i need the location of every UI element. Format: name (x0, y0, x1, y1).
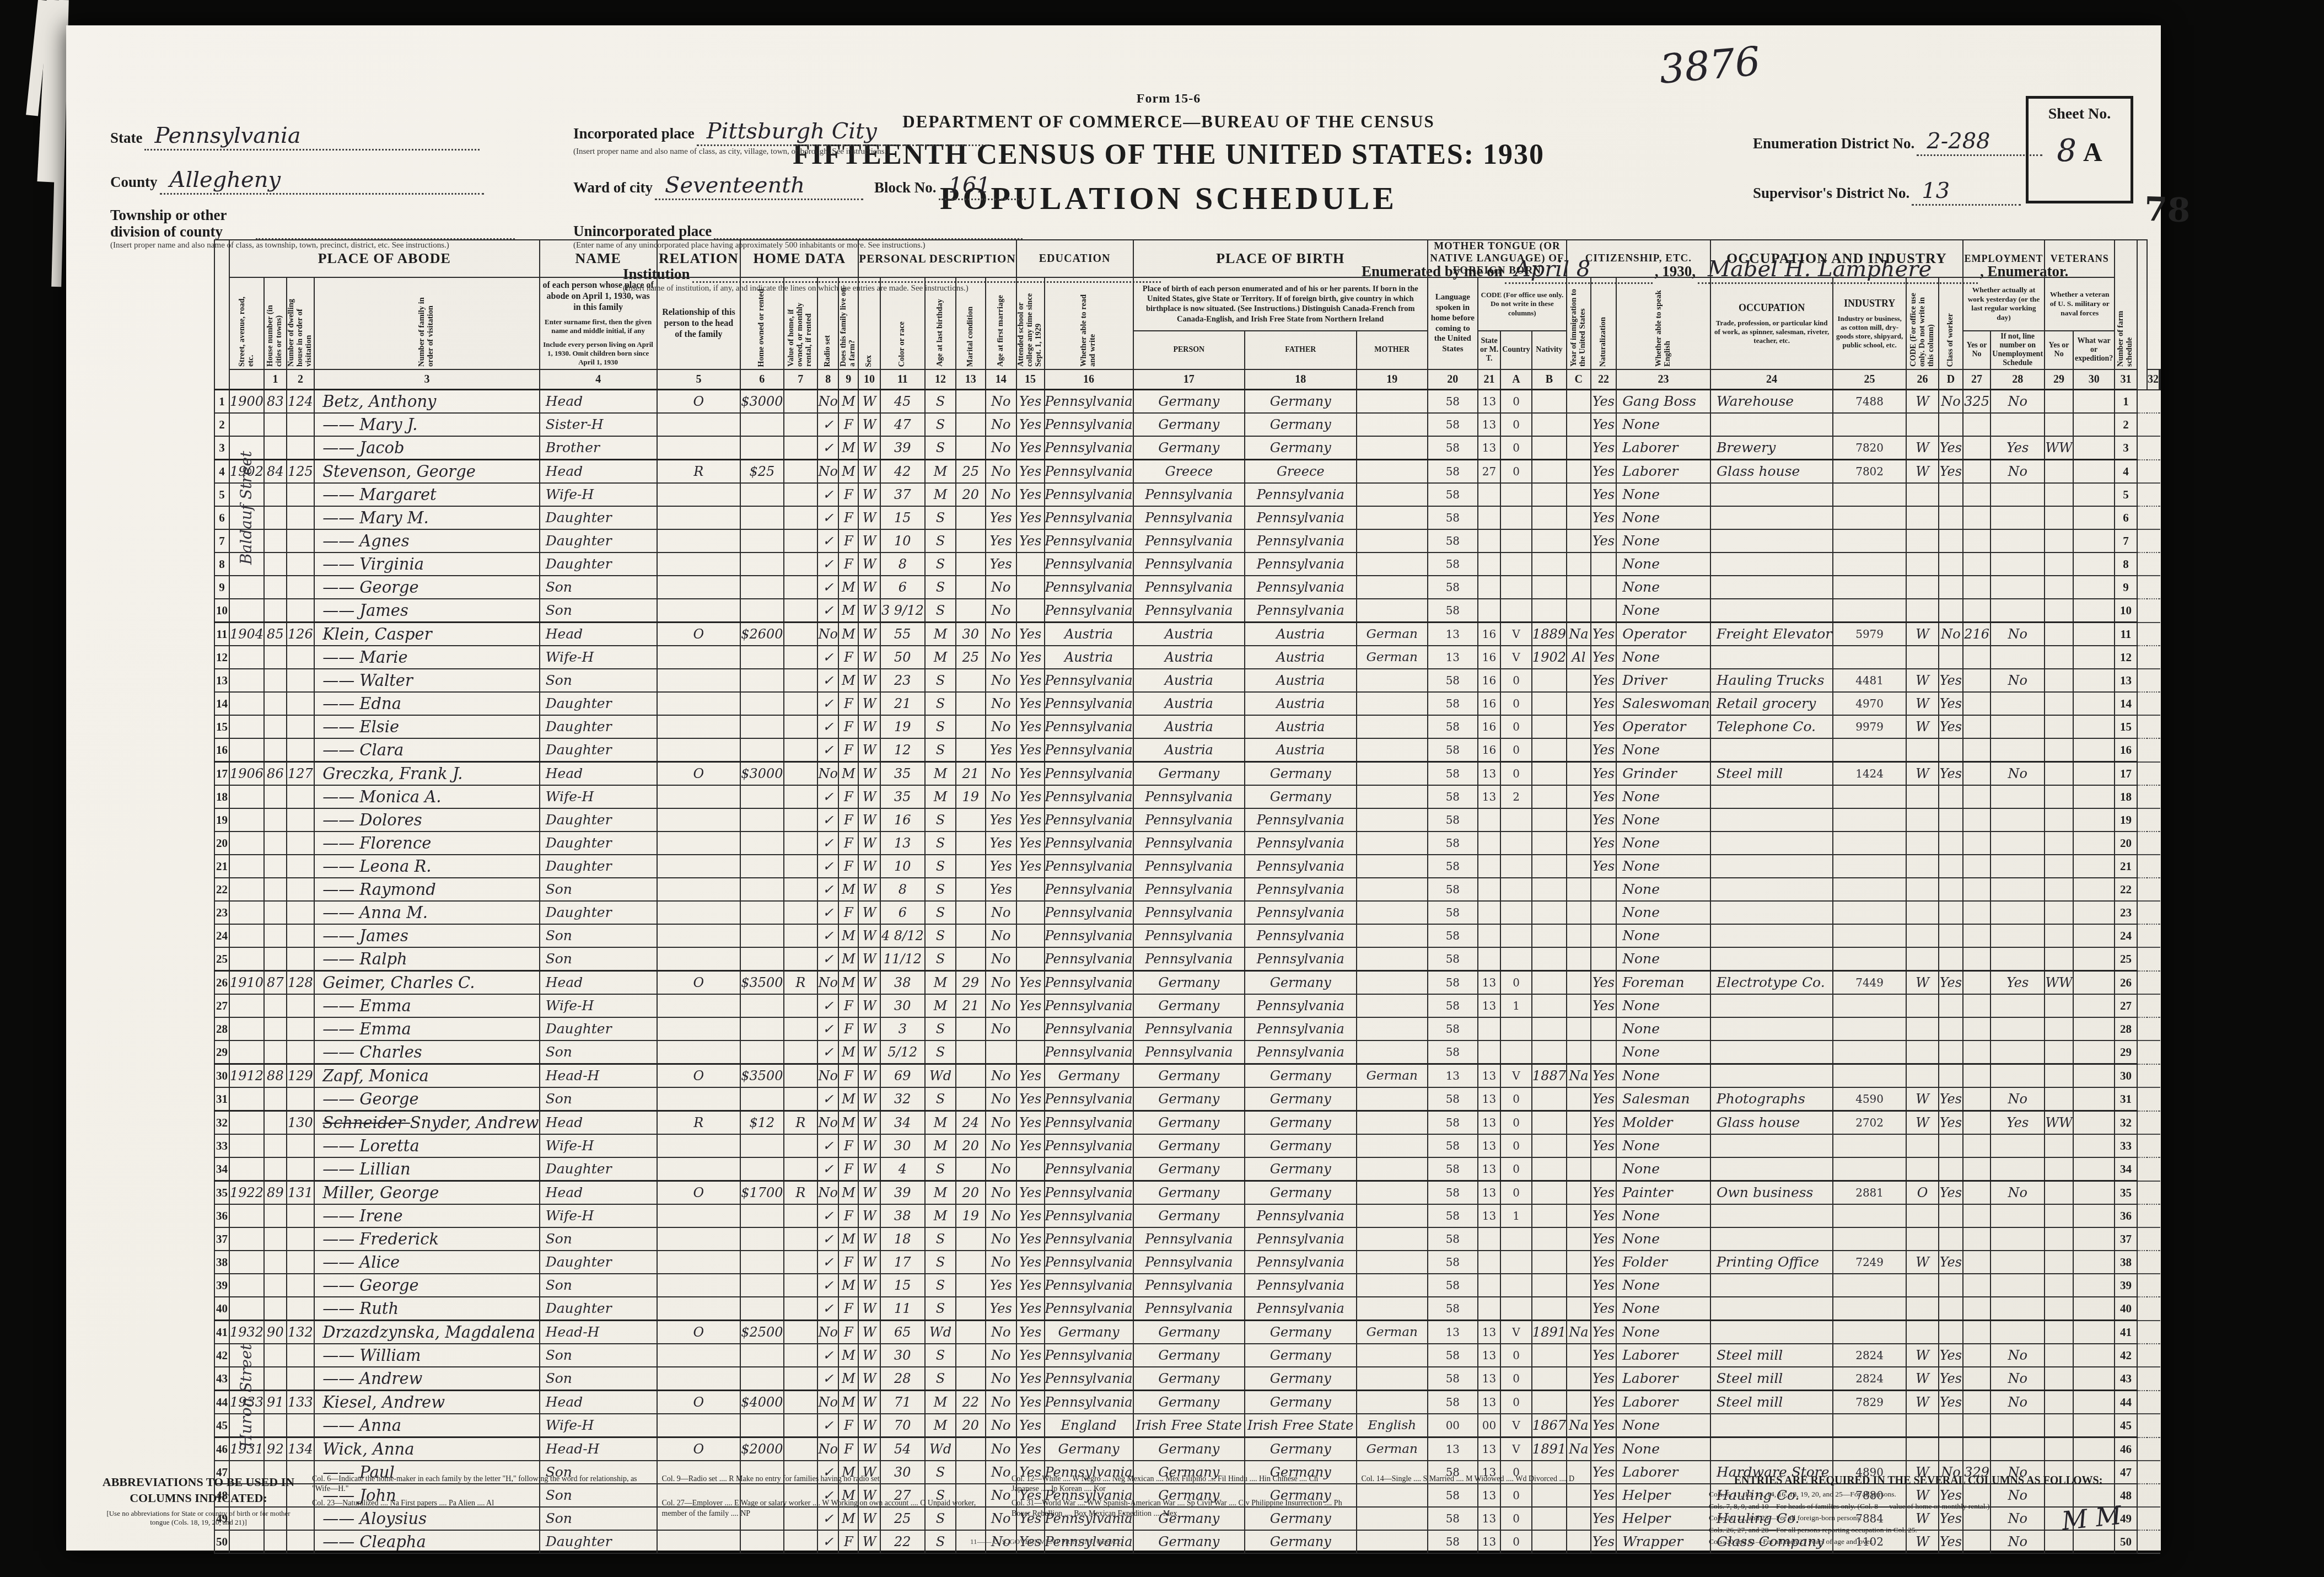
cell-age: 6 (880, 576, 926, 599)
cell-yr (1532, 506, 1567, 529)
cell-b: 13 (1478, 994, 1501, 1017)
cell-eng: Yes (1591, 483, 1616, 506)
line-number-right: 19 (2115, 808, 2137, 832)
cell-ind (1710, 924, 1833, 947)
cell-name: —— Virginia (314, 553, 540, 576)
cell-sch: No (986, 971, 1016, 995)
cell-cls: W (1906, 436, 1939, 460)
cell-bf: Germany (1133, 1367, 1245, 1391)
cell-vet: Yes (1991, 971, 2045, 995)
cell-house (229, 1017, 264, 1040)
cell-name: —— Anna M. (314, 901, 540, 924)
cell-tongue (1357, 762, 1428, 786)
cell-sex: F (838, 1204, 858, 1227)
cell-fam (287, 1017, 314, 1040)
line-number-right: 26 (2115, 971, 2137, 995)
cell-unemp (1963, 506, 1991, 529)
line-number-right: 41 (2115, 1321, 2137, 1344)
cell-age: 21 (880, 692, 926, 715)
cell-sch: No (986, 483, 1016, 506)
cell-ind: Freight Elevator (1710, 623, 1833, 646)
cell-tongue (1357, 390, 1428, 414)
cell-d: 7802 (1833, 460, 1906, 484)
cell-c: 0 (1500, 413, 1532, 436)
cell-read: Yes (1016, 669, 1045, 692)
cell-a: 58 (1428, 529, 1478, 553)
cell-race: W (858, 947, 880, 971)
cell-bf: Pennsylvania (1133, 529, 1245, 553)
col-code-country: Country (1500, 331, 1532, 369)
cell-fs (2073, 669, 2115, 692)
cell-sex: M (838, 1111, 858, 1135)
cell-bp: Germany (1045, 1064, 1133, 1088)
cell-c: V (1500, 1414, 1532, 1437)
cell-work (1939, 994, 1963, 1017)
cell-race: W (858, 390, 880, 414)
cell-war (2045, 1134, 2073, 1157)
cell-tongue (1357, 832, 1428, 855)
handwritten-stamp-3876: 3876 (1658, 37, 1762, 93)
cell-c: 0 (1500, 1181, 1532, 1205)
column-number: 19 (1357, 369, 1428, 390)
cell-b: 13 (1478, 1367, 1501, 1391)
cell-dw (264, 1111, 287, 1135)
column-number: 27 (1963, 369, 1991, 390)
cell-mar: M (925, 1111, 956, 1135)
cell-agem: 20 (956, 483, 986, 506)
cell-work: Yes (1939, 1251, 1963, 1274)
col-tongue-desc: Language spoken in home before coming to… (1428, 277, 1478, 369)
cell-mar: S (925, 576, 956, 599)
abbreviation-item: Col. 9—Radio set .... R Make no entry fo… (662, 1474, 996, 1494)
cell-ind: Steel mill (1710, 1344, 1833, 1367)
cell-a: 58 (1428, 785, 1478, 808)
cell-yr (1532, 669, 1567, 692)
cell-rel: Daughter (540, 1297, 657, 1321)
line-number-right: 3 (2115, 436, 2137, 460)
cell-work (1939, 1064, 1963, 1088)
cell-ind (1710, 646, 1833, 669)
line-number-right: 23 (2115, 901, 2137, 924)
cell-farm: ✓ (817, 483, 838, 506)
cell-unemp (1963, 1391, 1991, 1414)
abbreviation-item: Col. 6—Indicate the home-maker in each f… (312, 1474, 645, 1494)
cell-c: 0 (1500, 436, 1532, 460)
cell-cls (1906, 1040, 1939, 1064)
cell-mar: S (925, 669, 956, 692)
column-number: 6 (740, 369, 783, 390)
cell-d (1833, 1414, 1906, 1437)
cell-ind (1710, 1040, 1833, 1064)
cell-sex: F (838, 413, 858, 436)
cell-bm: Pennsylvania (1245, 947, 1356, 971)
cell-mar: S (925, 390, 956, 414)
cell-bf: Germany (1133, 1344, 1245, 1367)
cell-war (2045, 832, 2073, 855)
line-number-left: 5 (214, 483, 229, 506)
cell-c (1500, 506, 1532, 529)
cell-mar: S (925, 947, 956, 971)
cell-own (657, 878, 741, 901)
cell-dw (264, 692, 287, 715)
cell-eng (1591, 1157, 1616, 1181)
cell-fam (287, 692, 314, 715)
cell-eng (1591, 576, 1616, 599)
cell-tongue (1357, 1087, 1428, 1111)
cell-c: 0 (1500, 692, 1532, 715)
cell-nat (1567, 924, 1591, 947)
cell-c: 1 (1500, 994, 1532, 1017)
cell-farm: ✓ (817, 1227, 838, 1251)
cell-own (657, 785, 741, 808)
cell-fam (287, 878, 314, 901)
cell-radio (784, 1391, 818, 1414)
cell-war (2045, 460, 2073, 484)
cell-ind (1710, 1414, 1833, 1437)
cell-cls (1906, 1134, 1939, 1157)
cell-bp: Pennsylvania (1045, 669, 1133, 692)
cell-war (2045, 599, 2073, 623)
cell-d: 2824 (1833, 1367, 1906, 1391)
cell-dw (264, 1274, 287, 1297)
cell-work (1939, 529, 1963, 553)
cell-c (1500, 553, 1532, 576)
cell-c (1500, 808, 1532, 832)
cell-mar: S (925, 436, 956, 460)
cell-a: 58 (1428, 808, 1478, 832)
cell-agem (956, 1297, 986, 1321)
cell-sch: No (986, 1181, 1016, 1205)
cell-unemp (1963, 832, 1991, 855)
cell-farm: ✓ (817, 715, 838, 738)
cell-house (229, 738, 264, 762)
cell-dw (264, 715, 287, 738)
cell-b: 13 (1478, 1391, 1501, 1414)
cell-unemp (1963, 855, 1991, 878)
group-name: NAME (540, 240, 657, 277)
cell-own (657, 483, 741, 506)
cell-agem (956, 808, 986, 832)
cell-sch: No (986, 1367, 1016, 1391)
cell-vet: No (1991, 1391, 2045, 1414)
cell-race: W (858, 460, 880, 484)
cell-work: Yes (1939, 1087, 1963, 1111)
cell-occ: None (1616, 924, 1710, 947)
cell-sex: M (838, 1274, 858, 1297)
cell-sch: No (986, 924, 1016, 947)
cell-d: 7488 (1833, 390, 1906, 414)
column-number: B (1532, 369, 1567, 390)
cell-cls (1906, 1321, 1939, 1344)
cell-bf: Austria (1133, 692, 1245, 715)
cell-read: Yes (1016, 1251, 1045, 1274)
cell-mar: S (925, 1274, 956, 1297)
cell-nat: Al (1567, 646, 1591, 669)
cell-work (1939, 506, 1963, 529)
col-immigration-year: Year of immigration to the United States (1567, 277, 1591, 369)
line-number-right: 10 (2115, 599, 2137, 623)
cell-nat (1567, 878, 1591, 901)
cell-yr (1532, 483, 1567, 506)
cell-age: 3 (880, 1017, 926, 1040)
line-number-left: 42 (214, 1344, 229, 1367)
cell-bm: Germany (1245, 1111, 1356, 1135)
cell-occ: Salesman (1616, 1087, 1710, 1111)
cell-bf: Germany (1133, 1134, 1245, 1157)
abbreviation-item: Col. 31—World War .... WW Spanish-Americ… (1012, 1499, 1345, 1519)
cell-work: No (1939, 390, 1963, 414)
cell-sch (986, 1040, 1016, 1064)
cell-val (740, 1087, 783, 1111)
column-number: 20 (1428, 369, 1478, 390)
table-row: 10—— JamesSon✓MW3 9/12SNoPennsylvaniaPen… (214, 599, 2160, 623)
cell-a: 13 (1428, 623, 1478, 646)
cell-farm: ✓ (817, 1157, 838, 1181)
col-class-of-worker: Class of worker (1939, 277, 1963, 369)
cell-own (657, 1227, 741, 1251)
cell-a: 58 (1428, 994, 1478, 1017)
cell-sex: F (838, 483, 858, 506)
cell-bm: Germany (1245, 1157, 1356, 1181)
cell-vet: No (1991, 669, 2045, 692)
col-veteran-yesno: Yes or No (2045, 331, 2073, 369)
cell-own (657, 924, 741, 947)
line-number-left: 13 (214, 669, 229, 692)
cell-mar: S (925, 738, 956, 762)
cell-a: 58 (1428, 832, 1478, 855)
cell-b: 13 (1478, 785, 1501, 808)
col-employment-yesno: Yes or No (1963, 331, 1991, 369)
column-number: 12 (925, 369, 956, 390)
cell-rel: Daughter (540, 506, 657, 529)
cell-unemp: 325 (1963, 390, 1991, 414)
cell-race: W (858, 413, 880, 436)
cell-b (1478, 1251, 1501, 1274)
cell-sex: M (838, 1040, 858, 1064)
cell-c: 0 (1500, 1344, 1532, 1367)
cell-vet (1991, 832, 2045, 855)
cell-rel: Daughter (540, 692, 657, 715)
cell-b: 13 (1478, 413, 1501, 436)
cell-mar: Wd (925, 1437, 956, 1461)
cell-val (740, 576, 783, 599)
cell-war (2045, 692, 2073, 715)
cell-bf: Germany (1133, 1204, 1245, 1227)
cell-vet (1991, 1227, 2045, 1251)
cell-c: V (1500, 646, 1532, 669)
cell-farm: ✓ (817, 1017, 838, 1040)
line-number-left: 21 (214, 855, 229, 878)
cell-fs (2073, 1017, 2115, 1040)
table-row: 38—— AliceDaughter✓FW17SNoYesPennsylvani… (214, 1251, 2160, 1274)
cell-eng: Yes (1591, 506, 1616, 529)
cell-b (1478, 553, 1501, 576)
cell-val: $4000 (740, 1391, 783, 1414)
cell-val (740, 994, 783, 1017)
col-name-desc: of each person whose place of abode on A… (540, 277, 657, 369)
cell-dw (264, 808, 287, 832)
cell-war (2045, 1181, 2073, 1205)
cell-bm: Austria (1245, 669, 1356, 692)
cell-read (1016, 947, 1045, 971)
incorporated-field: Incorporated place Pittsburgh City (Inse… (573, 119, 988, 157)
cell-race: W (858, 1181, 880, 1205)
cell-bp: Pennsylvania (1045, 994, 1133, 1017)
table-row: 40—— RuthDaughter✓FW11SYesYesPennsylvani… (214, 1297, 2160, 1321)
cell-own (657, 715, 741, 738)
cell-bf: Pennsylvania (1133, 924, 1245, 947)
cell-radio (784, 646, 818, 669)
cell-rel: Wife-H (540, 994, 657, 1017)
table-row: 44193391133Kiesel, AndrewHeadO$4000NoMW7… (214, 1391, 2160, 1414)
cell-farm: ✓ (817, 1274, 838, 1297)
cell-bp: Pennsylvania (1045, 1087, 1133, 1111)
cell-b: 16 (1478, 646, 1501, 669)
cell-vet (1991, 692, 2045, 715)
cell-val (740, 855, 783, 878)
cell-unemp (1963, 692, 1991, 715)
cell-sex: F (838, 715, 858, 738)
cell-eng: Yes (1591, 646, 1616, 669)
cell-race: W (858, 669, 880, 692)
cell-unemp (1963, 529, 1991, 553)
cell-name: —— Jacob (314, 436, 540, 460)
cell-occ: Laborer (1616, 1367, 1710, 1391)
cell-bp: Pennsylvania (1045, 1227, 1133, 1251)
cell-name: —— Ruth (314, 1297, 540, 1321)
cell-tongue (1357, 1040, 1428, 1064)
cell-farm: ✓ (817, 506, 838, 529)
cell-d (1833, 576, 1906, 599)
line-number-left: 12 (214, 646, 229, 669)
cell-race: W (858, 1087, 880, 1111)
cell-bf: Pennsylvania (1133, 1227, 1245, 1251)
cell-race: W (858, 1040, 880, 1064)
line-number-left: 36 (214, 1204, 229, 1227)
cell-b (1478, 1227, 1501, 1251)
cell-c (1500, 1251, 1532, 1274)
cell-fam (287, 1274, 314, 1297)
cell-war (2045, 1064, 2073, 1088)
cell-occ: None (1616, 506, 1710, 529)
county-label: County (110, 174, 158, 190)
cell-house (229, 924, 264, 947)
cell-c: 0 (1500, 1391, 1532, 1414)
cell-dw (264, 1134, 287, 1157)
line-number-left: 44 (214, 1391, 229, 1414)
cell-farm: ✓ (817, 947, 838, 971)
cell-bf: Pennsylvania (1133, 1274, 1245, 1297)
line-number-right: 12 (2115, 646, 2137, 669)
cell-name: —— George (314, 1274, 540, 1297)
cell-b: 16 (1478, 669, 1501, 692)
cell-nat: Na (1567, 623, 1591, 646)
cell-bp: Pennsylvania (1045, 1017, 1133, 1040)
cell-bp: Pennsylvania (1045, 692, 1133, 715)
cell-sch: No (986, 762, 1016, 786)
line-number-left: 39 (214, 1274, 229, 1297)
line-number-right: 42 (2115, 1344, 2137, 1367)
cell-ind (1710, 553, 1833, 576)
cell-age: 35 (880, 762, 926, 786)
cell-bf: Austria (1133, 623, 1245, 646)
cell-bm: Austria (1245, 692, 1356, 715)
table-row: 20—— FlorenceDaughter✓FW13SYesYesPennsyl… (214, 832, 2160, 855)
column-number: 9 (838, 369, 858, 390)
cell-cls (1906, 924, 1939, 947)
cell-val (740, 692, 783, 715)
table-row: 34—— LillianDaughter✓FW4SNoPennsylvaniaG… (214, 1157, 2160, 1181)
column-number: 31 (2115, 369, 2137, 390)
cell-name: —— Florence (314, 832, 540, 855)
cell-read: Yes (1016, 1087, 1045, 1111)
cell-b: 13 (1478, 1344, 1501, 1367)
cell-farm: ✓ (817, 599, 838, 623)
cell-nat: Na (1567, 1321, 1591, 1344)
cell-eng: Yes (1591, 1321, 1616, 1344)
cell-ind (1710, 1321, 1833, 1344)
cell-occ: None (1616, 738, 1710, 762)
cell-fs (2073, 623, 2115, 646)
cell-read (1016, 901, 1045, 924)
cell-fs (2073, 1414, 2115, 1437)
cell-name: Zapf, Monica (314, 1064, 540, 1088)
cell-mar: S (925, 1087, 956, 1111)
cell-farm: No (817, 1437, 838, 1461)
cell-bm: Pennsylvania (1245, 483, 1356, 506)
cell-vet (1991, 878, 2045, 901)
cell-work (1939, 1157, 1963, 1181)
cell-race: W (858, 878, 880, 901)
cell-val: $3000 (740, 390, 783, 414)
cell-house (229, 669, 264, 692)
cell-name: —— Lillian (314, 1157, 540, 1181)
cell-sex: F (838, 1251, 858, 1274)
column-number: 4 (540, 369, 657, 390)
cell-occ: Painter (1616, 1181, 1710, 1205)
cell-b (1478, 878, 1501, 901)
cell-rel: Wife-H (540, 1134, 657, 1157)
cell-sex: M (838, 1227, 858, 1251)
cell-eng: Yes (1591, 436, 1616, 460)
line-number-right: 33 (2115, 1134, 2137, 1157)
cell-d (1833, 994, 1906, 1017)
cell-val: $12 (740, 1111, 783, 1135)
cell-own (657, 1040, 741, 1064)
cell-cls (1906, 1227, 1939, 1251)
cell-val (740, 1157, 783, 1181)
cell-war: WW (2045, 436, 2073, 460)
cell-b: 13 (1478, 1134, 1501, 1157)
cell-tongue: English (1357, 1414, 1428, 1437)
cell-bf: Germany (1133, 1087, 1245, 1111)
cell-house (229, 692, 264, 715)
col-marital: Marital condition (956, 277, 986, 369)
line-number-left: 10 (214, 599, 229, 623)
column-number: 22 (1591, 369, 1616, 390)
cell-sex: F (838, 529, 858, 553)
cell-val (740, 947, 783, 971)
cell-val (740, 1414, 783, 1437)
cell-fam (287, 1227, 314, 1251)
cell-sch: No (986, 1157, 1016, 1181)
cell-mar: M (925, 646, 956, 669)
cell-name: Klein, Casper (314, 623, 540, 646)
cell-sch: No (986, 1344, 1016, 1367)
cell-work (1939, 785, 1963, 808)
line-number-left: 1 (214, 390, 229, 414)
cell-c: 0 (1500, 1087, 1532, 1111)
